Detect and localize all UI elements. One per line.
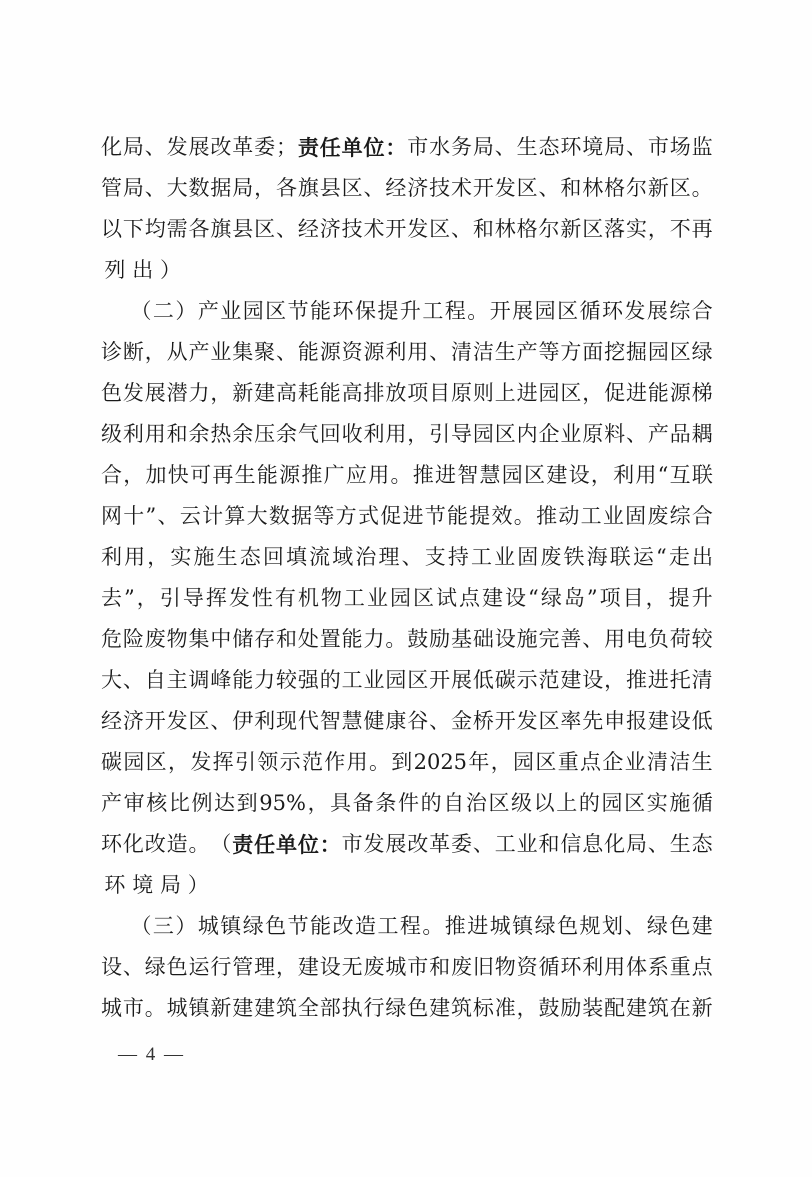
char: 水 <box>429 127 450 168</box>
char: 谷 <box>407 701 428 742</box>
char: 态 <box>692 824 713 865</box>
char: 挖 <box>604 332 625 373</box>
char: 市 <box>342 824 363 865</box>
char: 。 <box>390 455 411 496</box>
char: 引 <box>429 414 450 455</box>
char: 二 <box>153 291 174 332</box>
char: 危 <box>101 619 122 660</box>
text-line: （三）城镇绿色节能改造工程。推进城镇绿色规划、绿色建 <box>101 906 713 947</box>
text-line: 碳园区，发挥引领示范作用。到2025年，园区重点企业清洁生 <box>101 742 713 783</box>
char: 励 <box>429 619 450 660</box>
char: 利 <box>613 455 634 496</box>
text-line: 大、自主调峰能力较强的工业园区开展低碳示范建设，推进托清 <box>101 660 713 701</box>
text-line: 网十”、云计算大数据等方式促进节能提效。推动工业固废综合 <box>101 496 713 537</box>
char: 集 <box>232 332 253 373</box>
char: 智 <box>457 455 478 496</box>
char: 高 <box>342 373 363 414</box>
char: 施 <box>194 537 215 578</box>
char: 务 <box>451 127 472 168</box>
char: 推 <box>536 496 557 537</box>
char: 进 <box>626 373 647 414</box>
char: 流 <box>309 537 330 578</box>
char: 慧 <box>342 701 363 742</box>
char: 强 <box>298 660 319 701</box>
char: 上 <box>556 783 577 824</box>
char: 生 <box>692 742 713 783</box>
char: 化 <box>101 127 122 168</box>
char: 重 <box>558 742 579 783</box>
char: 展 <box>451 660 472 701</box>
char: 术 <box>364 209 385 250</box>
char: 项 <box>407 373 428 414</box>
char: 色 <box>407 988 428 1029</box>
char: 综 <box>670 496 691 537</box>
char: 率 <box>560 701 581 742</box>
char: 园 <box>502 455 523 496</box>
char: 节 <box>288 291 309 332</box>
char: 先 <box>582 701 603 742</box>
char: 进 <box>517 373 538 414</box>
char: 数 <box>269 496 290 537</box>
char: 新 <box>692 988 713 1029</box>
char: “ <box>658 455 669 496</box>
char: 联 <box>610 537 631 578</box>
char: 、 <box>145 127 166 168</box>
char: 实 <box>626 209 647 250</box>
char: 市 <box>648 127 669 168</box>
char: 自 <box>145 660 166 701</box>
char: 资 <box>517 947 538 988</box>
char: 县 <box>320 168 341 209</box>
char: 用 <box>368 455 389 496</box>
char: 区 <box>517 168 538 209</box>
char: 走 <box>669 537 690 578</box>
char: 放 <box>385 373 406 414</box>
char: 境 <box>582 127 603 168</box>
bold-char: 任 <box>254 824 275 865</box>
char: 洁 <box>669 742 690 783</box>
char: 园 <box>535 291 556 332</box>
char: 源 <box>670 373 691 414</box>
char: 康 <box>385 701 406 742</box>
paragraph-continuation: 化局、发展改革委；责任单位：市水务局、生态环境局、市场监管局、大数据局，各旗县区… <box>101 127 713 291</box>
char: 目 <box>623 578 644 619</box>
char: 落 <box>604 209 625 250</box>
char: 开 <box>495 701 516 742</box>
char: 产 <box>517 332 538 373</box>
char: 固 <box>625 496 646 537</box>
char: 废 <box>540 537 561 578</box>
char: 区 <box>524 455 545 496</box>
char: ” <box>146 496 157 537</box>
char: 建 <box>429 988 450 1029</box>
char: 区 <box>582 209 603 250</box>
char: 碳 <box>101 742 122 783</box>
char: 、 <box>495 127 516 168</box>
char: 示 <box>517 660 538 701</box>
char: 局 <box>626 824 647 865</box>
char: 绿 <box>541 578 562 619</box>
char: 建 <box>626 988 647 1029</box>
char: 、 <box>158 496 179 537</box>
char: 慧 <box>480 455 501 496</box>
char: 色 <box>557 906 578 947</box>
char: 能 <box>232 660 253 701</box>
char: 施 <box>669 783 690 824</box>
text-line: 级利用和余热余压余气回收利用，引导园区内企业原料、产品耦 <box>101 414 713 455</box>
char: 挥 <box>213 742 234 783</box>
char: ” <box>124 578 135 619</box>
char: 工 <box>581 496 602 537</box>
char: 绿 <box>692 332 713 373</box>
char: 实 <box>170 537 191 578</box>
char: 促 <box>604 373 625 414</box>
char: 聚 <box>254 332 275 373</box>
char: 环 <box>560 947 581 988</box>
char: 标 <box>473 988 494 1029</box>
char: ， <box>582 373 603 414</box>
char: 城 <box>101 988 122 1029</box>
char: 业 <box>625 742 646 783</box>
char: 新 <box>232 373 253 414</box>
char: 低 <box>473 660 494 701</box>
char: 升 <box>400 291 421 332</box>
char: 治 <box>466 783 487 824</box>
char: 用 <box>604 619 625 660</box>
char: 发 <box>407 209 428 250</box>
char: 回 <box>263 537 284 578</box>
text-line: 经济开发区、伊利现代智慧健康谷、金桥开发区率先申报建设低 <box>101 701 713 742</box>
char: 实 <box>647 783 668 824</box>
char: 去 <box>101 578 122 619</box>
char: 装 <box>582 988 603 1029</box>
char: 荷 <box>670 619 691 660</box>
char: 建 <box>232 988 253 1029</box>
char: 革 <box>429 824 450 865</box>
char: 、 <box>210 701 231 742</box>
char: 运 <box>633 537 654 578</box>
char: 环 <box>101 865 129 906</box>
char: 、 <box>364 168 385 209</box>
char: 填 <box>286 537 307 578</box>
char: 区 <box>429 209 450 250</box>
char: 市 <box>123 988 144 1029</box>
char: 压 <box>254 414 275 455</box>
char: 局 <box>123 168 144 209</box>
char: 、 <box>624 906 645 947</box>
char: 推 <box>445 906 466 947</box>
char: 旗 <box>210 209 231 250</box>
char: 引 <box>235 742 256 783</box>
char: 环 <box>333 291 354 332</box>
char: 有 <box>275 578 296 619</box>
char: 能 <box>342 619 363 660</box>
char: 方 <box>336 496 357 537</box>
char: 洁 <box>473 332 494 373</box>
bold-char: 位 <box>298 824 319 865</box>
char: ， <box>517 988 538 1029</box>
char: 和 <box>539 824 560 865</box>
char: 态 <box>539 127 560 168</box>
char: 面 <box>582 332 603 373</box>
char: 业 <box>494 537 515 578</box>
char: 用 <box>124 537 145 578</box>
char: 回 <box>320 414 341 455</box>
char: 升 <box>692 578 713 619</box>
char: 、 <box>429 332 450 373</box>
char: 排 <box>364 373 385 414</box>
char: 下 <box>123 209 144 250</box>
char: 自 <box>443 783 464 824</box>
char: 设 <box>670 701 691 742</box>
char: 和 <box>560 168 581 209</box>
text-line: 合，加快可再生能源推广应用。推进智慧园区建设，利用“互联 <box>101 455 713 496</box>
char: 经 <box>298 209 319 250</box>
char: 色 <box>101 373 122 414</box>
char: 区 <box>254 209 275 250</box>
char: 程 <box>400 906 421 947</box>
char: 建 <box>692 906 713 947</box>
char: 设 <box>320 947 341 988</box>
char: 旧 <box>473 947 494 988</box>
char: 用 <box>635 455 656 496</box>
char: 循 <box>692 783 713 824</box>
char: 和 <box>276 619 297 660</box>
char: 加 <box>146 455 167 496</box>
char: 执 <box>342 988 363 1029</box>
char: 。 <box>385 619 406 660</box>
char: 式 <box>358 496 379 537</box>
char: 理 <box>254 947 275 988</box>
char: 网 <box>101 496 122 537</box>
char: 断 <box>123 332 144 373</box>
char: 绿 <box>535 906 556 947</box>
char: 境 <box>129 865 157 906</box>
char: 建 <box>254 988 275 1029</box>
char: 算 <box>224 496 245 537</box>
char: ， <box>276 947 297 988</box>
char: 绿 <box>647 906 668 947</box>
char: 鼓 <box>407 619 428 660</box>
char: 存 <box>254 619 275 660</box>
char: 梯 <box>692 373 713 414</box>
char: 行 <box>364 988 385 1029</box>
char: 能 <box>310 291 331 332</box>
char: 改 <box>407 824 428 865</box>
char: 发 <box>517 701 538 742</box>
char: 推 <box>626 660 647 701</box>
char: 原 <box>582 414 603 455</box>
char: 工 <box>342 660 363 701</box>
char: ） <box>157 250 185 291</box>
char: 区 <box>535 742 556 783</box>
char: 委 <box>254 127 275 168</box>
text-line: 环境局） <box>101 865 713 906</box>
char: 。 <box>145 988 166 1029</box>
char: 经 <box>385 168 406 209</box>
text-line: 危险废物集中储存和处置能力。鼓励基础设施完善、用电负荷较 <box>101 619 713 660</box>
char: 利 <box>254 701 275 742</box>
char: 委 <box>451 824 472 865</box>
bold-char: 任 <box>320 127 341 168</box>
text-line: 环化改造。（责任单位：市发展改革委、工业和信息化局、生态 <box>101 824 713 865</box>
char: 发 <box>364 824 385 865</box>
text-line: 化局、发展改革委；责任单位：市水务局、生态环境局、市场监 <box>101 127 713 168</box>
char: 建 <box>560 660 581 701</box>
char: 林 <box>495 209 516 250</box>
char: 善 <box>560 619 581 660</box>
char: 用 <box>407 332 428 373</box>
char: 主 <box>167 660 188 701</box>
char: 广 <box>324 455 345 496</box>
char: 示 <box>280 742 301 783</box>
char: 设 <box>505 578 526 619</box>
char: 2025 <box>414 742 467 783</box>
char: 促 <box>380 496 401 537</box>
char: 年 <box>468 742 489 783</box>
text-line: 去”，引导挥发性有机物工业园区试点建设“绿岛”项目，提升 <box>101 578 713 619</box>
char: 碳 <box>495 660 516 701</box>
char: 品 <box>670 414 691 455</box>
char: 环 <box>602 291 623 332</box>
char: ） <box>175 906 196 947</box>
char: 园 <box>385 660 406 701</box>
char: 、 <box>429 701 450 742</box>
char: 领 <box>257 742 278 783</box>
char: 重 <box>670 947 691 988</box>
text-line: 设、绿色运行管理，建设无废城市和废旧物资循环利用体系重点 <box>101 947 713 988</box>
char: 用 <box>604 947 625 988</box>
char: 进 <box>402 496 423 537</box>
text-line: 产审核比例达到95%，具备条件的自治区级以上的园区实施循 <box>101 783 713 824</box>
char: 筑 <box>276 988 297 1029</box>
char: 发 <box>123 373 144 414</box>
paragraph-indent <box>101 291 129 332</box>
char: 利 <box>385 332 406 373</box>
char: 格 <box>604 168 625 209</box>
char: 、 <box>276 209 297 250</box>
char: ； <box>276 127 297 168</box>
char: 林 <box>582 168 603 209</box>
char: 进 <box>467 906 488 947</box>
char: 开 <box>429 660 450 701</box>
char: 支 <box>425 537 446 578</box>
char: 经 <box>101 701 122 742</box>
char: 建 <box>546 455 567 496</box>
char: 旗 <box>298 168 319 209</box>
char: 。 <box>692 168 713 209</box>
char: 励 <box>560 988 581 1029</box>
char: 能 <box>298 332 319 373</box>
char: 调 <box>189 660 210 701</box>
char: 工 <box>422 291 443 332</box>
char: 础 <box>473 619 494 660</box>
char: 出 <box>692 537 713 578</box>
char: ， <box>168 742 189 783</box>
char: 合 <box>692 496 713 537</box>
char: 化 <box>123 824 144 865</box>
char: 尔 <box>539 209 560 250</box>
char: 、 <box>473 824 494 865</box>
document-page: 化局、发展改革委；责任单位：市水务局、生态环境局、市场监管局、大数据局，各旗县区… <box>0 0 812 1177</box>
char: 动 <box>558 496 579 537</box>
char: 色 <box>265 906 286 947</box>
char: 发 <box>624 291 645 332</box>
char: 集 <box>189 619 210 660</box>
char: 生 <box>495 332 516 373</box>
char: 各 <box>276 168 297 209</box>
char: 局 <box>123 127 144 168</box>
char: 技 <box>342 209 363 250</box>
paragraph-section-3: （三）城镇绿色节能改造工程。推进城镇绿色规划、绿色建设、绿色运行管理，建设无废城… <box>101 906 713 1029</box>
char: 审 <box>124 783 145 824</box>
char: 范 <box>302 742 323 783</box>
char: 95% <box>259 783 306 824</box>
text-line: （二）产业园区节能环保提升工程。开展园区循环发展综合 <box>101 291 713 332</box>
char: 济 <box>123 701 144 742</box>
char: 园 <box>539 373 560 414</box>
char: 业 <box>364 660 385 701</box>
bold-char: 位 <box>364 127 385 168</box>
char: 域 <box>332 537 353 578</box>
char: 区 <box>189 701 210 742</box>
char: 产 <box>189 332 210 373</box>
char: 试 <box>436 578 457 619</box>
char: 余 <box>189 414 210 455</box>
char: 申 <box>604 701 625 742</box>
char: 代 <box>298 701 319 742</box>
char: 利 <box>101 537 122 578</box>
char: 提 <box>377 291 398 332</box>
char: 核 <box>146 783 167 824</box>
char: 应 <box>346 455 367 496</box>
char: 运 <box>189 947 210 988</box>
char: ， <box>210 373 231 414</box>
char: ， <box>308 783 329 824</box>
char: 园 <box>473 414 494 455</box>
char: 系 <box>648 947 669 988</box>
char: 储 <box>232 619 253 660</box>
char: 术 <box>451 168 472 209</box>
text-line: 列出） <box>101 250 713 291</box>
char: 余 <box>232 414 253 455</box>
char: 互 <box>670 455 691 496</box>
char: 计 <box>202 496 223 537</box>
char: 能 <box>648 373 669 414</box>
char: 局 <box>157 865 185 906</box>
char: 生 <box>670 824 691 865</box>
char: 、 <box>123 947 144 988</box>
char: 备 <box>353 783 374 824</box>
char: 配 <box>604 988 625 1029</box>
char: 点 <box>459 578 480 619</box>
char: 区 <box>407 660 428 701</box>
char: 展 <box>512 291 533 332</box>
text-line: 色发展潜力，新建高耗能高排放项目原则上进园区，促进能源梯 <box>101 373 713 414</box>
char: 置 <box>320 619 341 660</box>
char: 、 <box>451 209 472 250</box>
char: 性 <box>252 578 273 619</box>
char: 色 <box>669 906 690 947</box>
char: 局 <box>473 127 494 168</box>
char: 区 <box>488 783 509 824</box>
char: 上 <box>495 373 516 414</box>
char: 效 <box>492 496 513 537</box>
char: （ <box>210 824 231 865</box>
char: 条 <box>375 783 396 824</box>
char: ， <box>648 209 669 250</box>
char: ， <box>591 455 612 496</box>
